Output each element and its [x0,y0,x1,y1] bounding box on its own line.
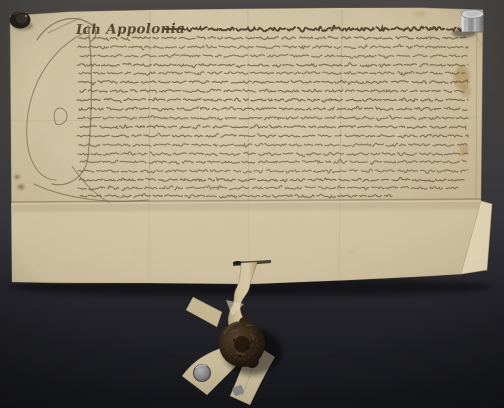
photo-of-charter: Ich Appolonia [0,0,504,408]
photo-vignette [0,0,504,408]
charter-photo: Ich Appolonia [0,0,504,408]
